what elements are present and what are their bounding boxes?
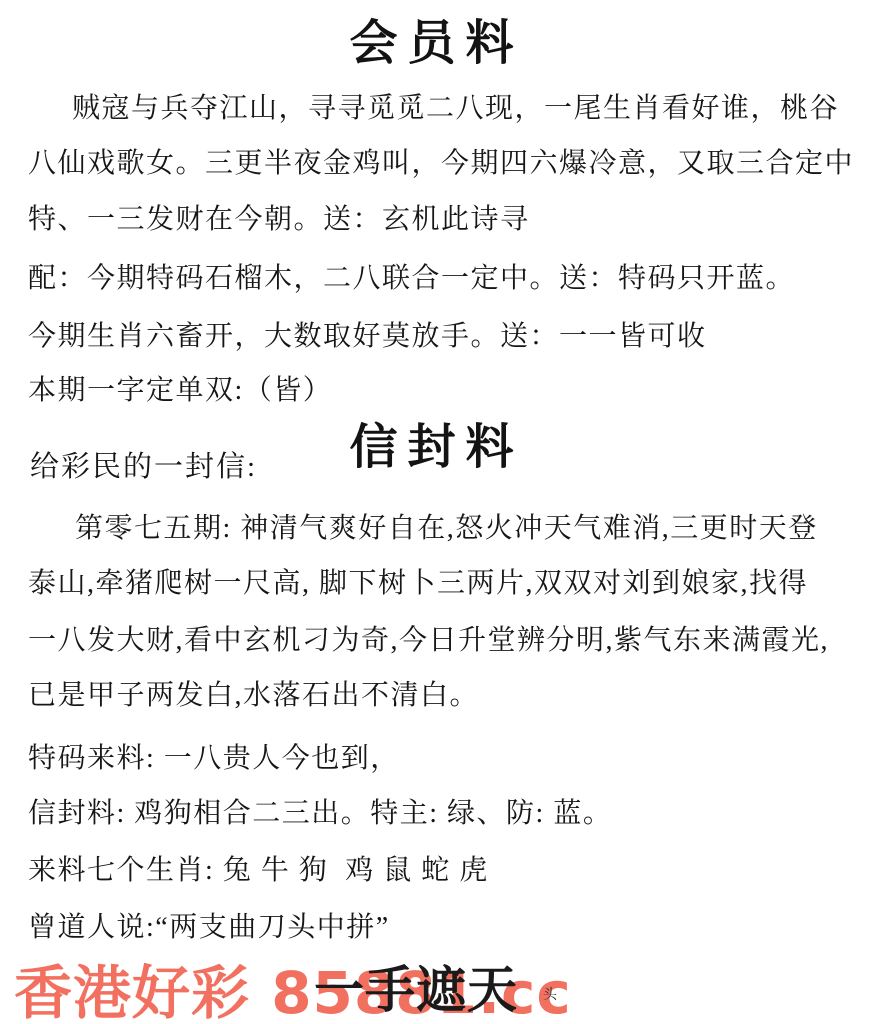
- member-poem-line-2: 八仙戏歌女。三更半夜金鸡叫，今期四六爆冷意，又取三合定中: [28, 141, 854, 181]
- member-tip-line-1: 配：今期特码石榴木，二八联合一定中。送：特码只开蓝。: [28, 256, 795, 296]
- zodiac-list-line: 来料七个生肖: 兔 牛 狗 鸡 鼠 蛇 虎: [28, 848, 489, 888]
- zengdaoren-quote-line: 曾道人说:“两支曲刀头中拼”: [28, 905, 390, 945]
- handwritten-phrase: 一手遮天: [314, 950, 518, 1022]
- envelope-poem-line-3: 一八发大财,看中玄机刁为奇,今日升堂辨分明,紫气东来满霞光,: [28, 618, 829, 658]
- member-poem-line-1: 贼寇与兵夺江山，寻寻觅觅二八现，一尾生肖看好谁，桃谷: [72, 86, 839, 126]
- scanned-tip-sheet: 会员料 贼寇与兵夺江山，寻寻觅觅二八现，一尾生肖看好谁，桃谷 八仙戏歌女。三更半…: [0, 0, 873, 1024]
- envelope-tip-line: 信封料: 鸡狗相合二三出。特主: 绿、防: 蓝。: [28, 791, 612, 831]
- member-poem-line-3: 特、一三发财在今朝。送：玄机此诗寻: [28, 197, 530, 237]
- member-tip-line-2: 今期生肖六畜开，大数取好莫放手。送：一一皆可收: [28, 314, 707, 354]
- envelope-poem-line-4: 已是甲子两发白,水落石出不清白。: [28, 673, 479, 713]
- envelope-poem-line-2: 泰山,牵猪爬树一尺高, 脚下树卜三两片,双双对刘到娘家,找得: [28, 561, 808, 601]
- member-odd-even-line: 本期一字定单双:（皆）: [28, 368, 332, 408]
- partial-character: 头: [543, 984, 557, 1004]
- envelope-poem-line-1: 第零七五期: 神清气爽好自在,怒火冲天气难消,三更时天登: [75, 506, 818, 546]
- member-section-title: 会员料: [0, 4, 873, 73]
- letter-to-punters-label: 给彩民的一封信:: [30, 444, 257, 485]
- special-code-tip-line: 特码来料: 一八贵人今也到，: [28, 736, 400, 776]
